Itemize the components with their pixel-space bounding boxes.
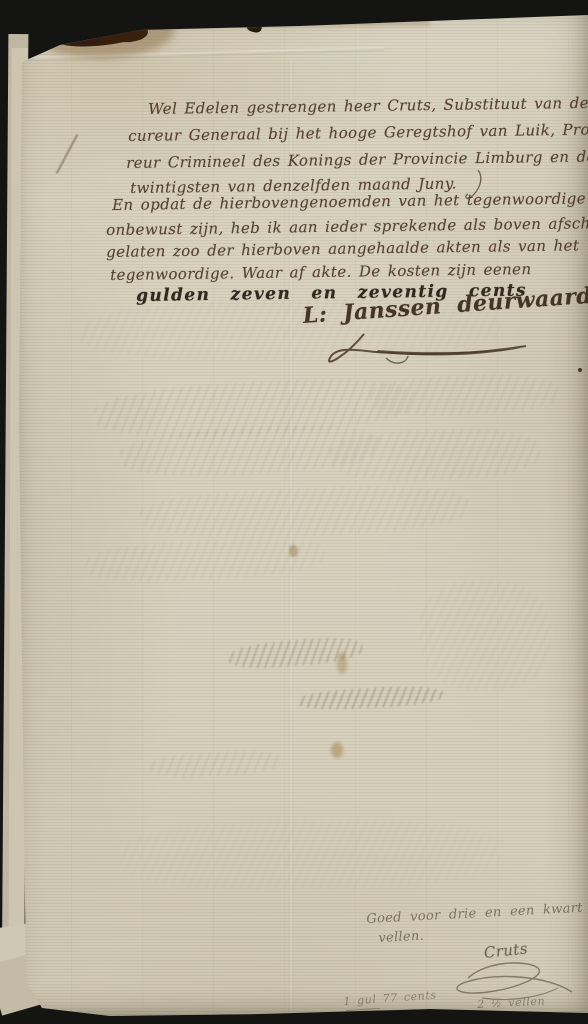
stain-halo [34, 6, 174, 58]
foxing-spot [289, 545, 298, 557]
foxing-spot [331, 742, 343, 758]
stain-streak [130, 16, 430, 28]
handwritten-line: gelaten zoo der hierboven aangehaalde ak… [106, 236, 579, 261]
ink-dot [578, 368, 582, 372]
signature-flourish [316, 328, 546, 372]
ink-showthrough [369, 372, 560, 419]
manuscript-page: Wel Edelen gestrengen heer Cruts, Substi… [0, 0, 588, 1024]
scanned-document: Wel Edelen gestrengen heer Cruts, Substi… [0, 0, 588, 1024]
ink-showthrough-word [227, 634, 364, 672]
dark-stain-blob [43, 9, 145, 48]
stray-pen-mark [56, 134, 78, 174]
ink-showthrough-word [147, 748, 283, 779]
handwritten-line: Wel Edelen gestrengen heer Cruts, Substi… [148, 93, 588, 118]
fold-crease-top [24, 47, 384, 61]
dark-stain-blob [95, 15, 149, 44]
handwritten-line: onbewust zijn, heb ik aan ieder sprekend… [106, 214, 588, 239]
ink-showthrough [84, 534, 326, 587]
ink-showthrough [119, 817, 500, 894]
handwritten-line: reur Crimineel des Konings der Provincie… [126, 147, 588, 172]
ink-showthrough [139, 482, 470, 541]
pencil-underline [346, 1008, 380, 1011]
pencil-note-cost: 1 gul 77 cents [343, 988, 437, 1007]
ink-showthrough-word [298, 684, 444, 712]
approval-note-line: vellen. [378, 929, 424, 946]
ink-showthrough [119, 421, 381, 481]
ink-showthrough [329, 426, 541, 483]
approval-note-line: Goed voor drie en een kwart [366, 901, 583, 927]
ink-showthrough [420, 580, 550, 690]
foxing-spot [337, 652, 347, 674]
handwritten-line: cureur Generaal bij het hooge Geregtshof… [128, 120, 588, 145]
small-stain-spot [245, 17, 263, 33]
pencil-note-sheets: 2 ½ vellen [477, 994, 546, 1011]
approval-signature: Cruts [483, 939, 529, 962]
ink-showthrough [94, 374, 416, 443]
